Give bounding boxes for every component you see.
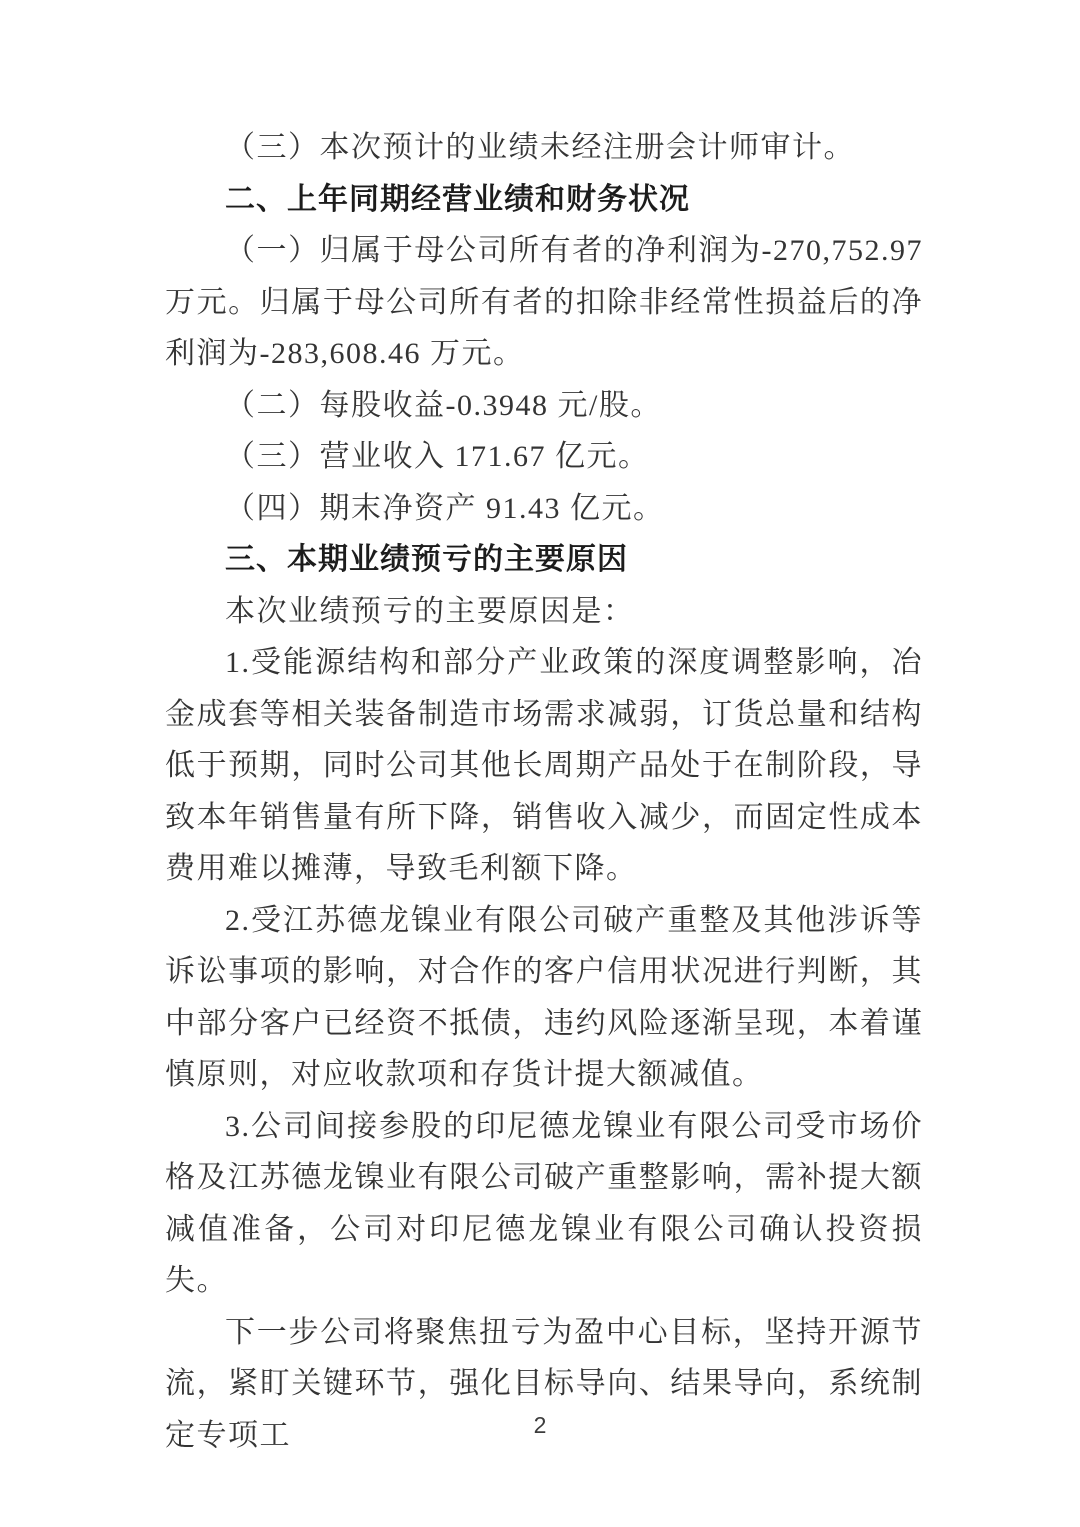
paragraph-net-profit: （一）归属于母公司所有者的净利润为-270,752.97 万元。归属于母公司所有… [165,225,923,380]
paragraph-revenue: （三）营业收入 171.67 亿元。 [165,431,923,483]
paragraph-reason-2: 2.受江苏德龙镍业有限公司破产重整及其他涉诉等诉讼事项的影响，对合作的客户信用状… [165,895,923,1101]
paragraph-reason-3: 3.公司间接参股的印尼德龙镍业有限公司受市场价格及江苏德龙镍业有限公司破产重整影… [165,1101,923,1307]
paragraph-eps: （二）每股收益-0.3948 元/股。 [165,380,923,432]
paragraph-reasons-intro: 本次业绩预亏的主要原因是： [165,586,923,638]
paragraph-audit-note: （三）本次预计的业绩未经注册会计师审计。 [165,122,923,174]
page-number: 2 [0,1408,1080,1442]
section-heading-loss-reasons: 三、本期业绩预亏的主要原因 [165,534,923,586]
paragraph-reason-1: 1.受能源结构和部分产业政策的深度调整影响，冶金成套等相关装备制造市场需求减弱，… [165,637,923,895]
document-content: （三）本次预计的业绩未经注册会计师审计。 二、上年同期经营业绩和财务状况 （一）… [165,122,923,1461]
document-page: （三）本次预计的业绩未经注册会计师审计。 二、上年同期经营业绩和财务状况 （一）… [0,0,1080,1527]
paragraph-net-assets: （四）期末净资产 91.43 亿元。 [165,483,923,535]
section-heading-prior-period: 二、上年同期经营业绩和财务状况 [165,174,923,226]
